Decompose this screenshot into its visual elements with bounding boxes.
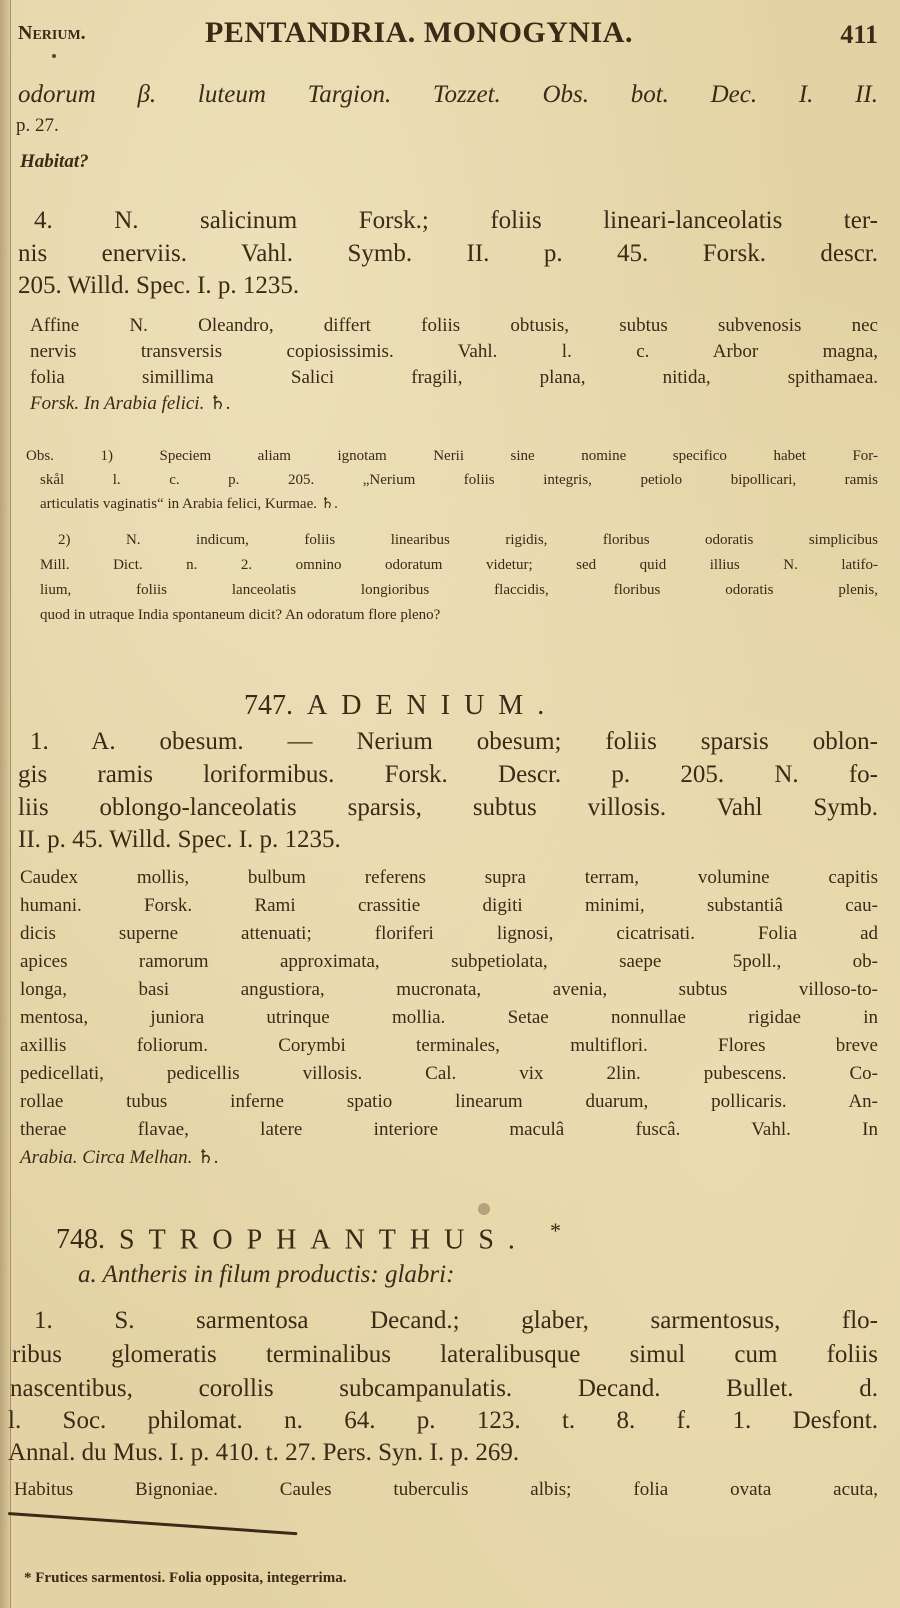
genus-748-line-1: 1. S. sarmentosa Decand.; glaber, sarmen… (34, 1306, 878, 1336)
genus-747-line-2: gis ramis loriformibus. Forsk. Descr. p.… (18, 760, 878, 790)
obs-line-1: Obs. 1) Speciem aliam ignotam Nerii sine… (26, 446, 878, 466)
genus-747-heading: 747.ADENIUM. (244, 690, 558, 722)
continuation-line-2: p. 27. (16, 114, 878, 138)
genus-747-name: ADENIUM. (307, 690, 558, 721)
genus-747-desc-7: axillis foliorum. Corymbi terminales, mu… (20, 1034, 878, 1058)
footnote-marker: * (550, 1218, 561, 1243)
species-4-desc-3: folia simillima Salici fragili, plana, n… (30, 366, 878, 390)
ink-speck (52, 54, 56, 58)
genus-747-line-4: II. p. 45. Willd. Spec. I. p. 1235. (18, 825, 878, 855)
book-page: Nerium. PENTANDRIA. MONOGYNIA. 411 odoru… (0, 0, 900, 1608)
obs-line-6: lium, foliis lanceolatis longioribus fla… (40, 580, 878, 600)
genus-747-desc-9: rollae tubus inferne spatio linearum dua… (20, 1090, 878, 1114)
species-4-desc-2: nervis transversis copiosissimis. Vahl. … (30, 340, 878, 364)
genus-747-desc-8: pedicellati, pedicellis villosis. Cal. v… (20, 1062, 878, 1086)
running-head-center: PENTANDRIA. MONOGYNIA. (205, 16, 633, 50)
genus-747-line-1: 1. A. obesum. — Nerium obesum; foliis sp… (30, 727, 878, 757)
genus-747-desc-2: humani. Forsk. Rami crassitie digiti min… (20, 894, 878, 918)
page-gutter (0, 0, 11, 1608)
species-4-line-1: 4. N. salicinum Forsk.; foliis lineari-l… (34, 206, 878, 236)
page-number: 411 (840, 20, 878, 50)
genus-748-line-4: l. Soc. philomat. n. 64. p. 123. t. 8. f… (8, 1406, 878, 1436)
obs-line-5: Mill. Dict. n. 2. omnino odoratum videtu… (40, 555, 878, 575)
genus-748-line-5: Annal. du Mus. I. p. 410. t. 27. Pers. S… (8, 1438, 820, 1468)
genus-748-subsection: a. Antheris in filum productis: glabri: (78, 1260, 878, 1290)
genus-747-desc-3: dicis superne attenuati; floriferi ligno… (20, 922, 878, 946)
genus-747-number: 747. (244, 690, 293, 721)
species-4-line-2: nis enerviis. Vahl. Symb. II. p. 45. For… (18, 239, 878, 269)
obs-line-7: quod in utraque India spontaneum dicit? … (40, 605, 878, 625)
genus-747-desc-11: Arabia. Circa Melhan. ♄. (20, 1146, 878, 1170)
genus-747-desc-5: longa, basi angustiora, mucronata, aveni… (20, 978, 878, 1002)
running-head-left: Nerium. (18, 22, 86, 45)
habitat-text: Habitat? (20, 150, 878, 174)
genus-747-desc-6: mentosa, juniora utrinque mollia. Setae … (20, 1006, 878, 1030)
species-4-line-3: 205. Willd. Spec. I. p. 1235. (18, 271, 878, 301)
continuation-line-1: odorum β. luteum Targion. Tozzet. Obs. b… (18, 80, 878, 110)
genus-747-line-3: liis oblongo-lanceolatis sparsis, subtus… (18, 793, 878, 823)
genus-747-desc-10: therae flavae, latere interiore maculâ f… (20, 1118, 878, 1142)
genus-747-desc-4: apices ramorum approximata, subpetiolata… (20, 950, 878, 974)
genus-748-line-2: ribus glomeratis terminalibus lateralibu… (12, 1340, 878, 1370)
genus-748-heading: 748.STROPHANTHUS. * (56, 1218, 561, 1256)
genus-748-line-3: nascentibus, corollis subcampanulatis. D… (10, 1374, 878, 1404)
obs-line-3: articulatis vaginatis“ in Arabia felici,… (40, 494, 878, 514)
footnote-rule (8, 1512, 298, 1535)
genus-748-desc: Habitus Bignoniae. Caules tuberculis alb… (14, 1478, 878, 1502)
species-4-desc-4: Forsk. In Arabia felici. ♄. (30, 392, 878, 416)
obs-line-2: skål l. c. p. 205. „Nerium foliis integr… (40, 470, 878, 490)
paper-stain (478, 1203, 490, 1215)
genus-747-desc-1: Caudex mollis, bulbum referens supra ter… (20, 866, 878, 890)
species-4-desc-1: Affine N. Oleandro, differt foliis obtus… (30, 314, 878, 338)
obs-line-4: 2) N. indicum, foliis linearibus rigidis… (58, 530, 878, 550)
footnote-text: * Frutices sarmentosi. Folia opposita, i… (24, 1568, 878, 1588)
genus-748-name: STROPHANTHUS. (119, 1224, 529, 1255)
genus-748-number: 748. (56, 1224, 105, 1255)
